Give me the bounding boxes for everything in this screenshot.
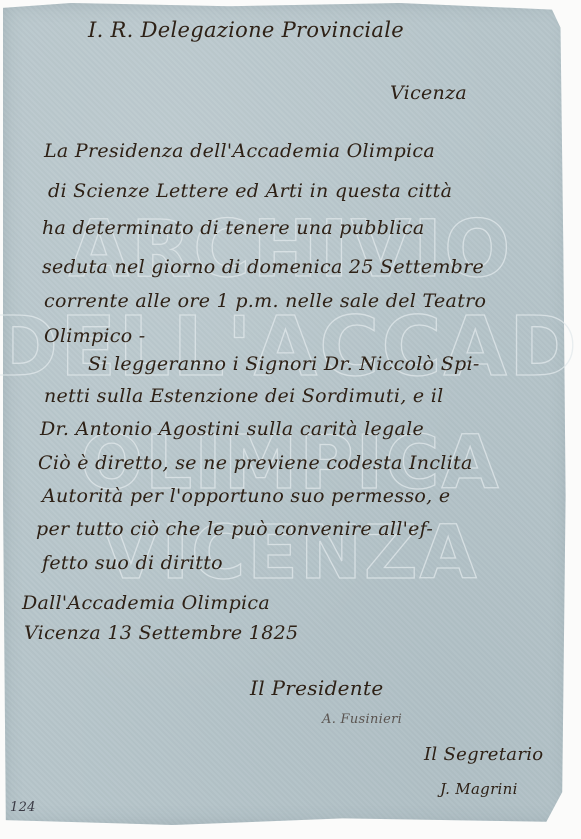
- president-signature-title: Il Presidente: [250, 676, 383, 700]
- body-line: seduta nel giorno di domenica 25 Settemb…: [42, 256, 484, 278]
- closing-date-line: Vicenza 13 Settembre 1825: [24, 622, 298, 644]
- closing-line: Dall'Accademia Olimpica: [22, 592, 270, 614]
- body-line: per tutto ciò che le può convenire all'e…: [36, 518, 433, 540]
- body-line: Dr. Antonio Agostini sulla carità legale: [40, 418, 424, 440]
- body-line: netti sulla Estenzione dei Sordimuti, e …: [44, 385, 444, 407]
- archive-number: 124: [10, 800, 36, 815]
- secretary-signature-title: Il Segretario: [424, 744, 543, 765]
- body-line: Ciò è diretto, se ne previene codesta In…: [38, 452, 473, 474]
- body-line: corrente alle ore 1 p.m. nelle sale del …: [44, 290, 486, 312]
- president-signature-name: A. Fusinieri: [322, 712, 402, 727]
- document-paper: [3, 3, 569, 825]
- body-line: Olimpico -: [44, 325, 146, 347]
- body-line: di Scienze Lettere ed Arti in questa cit…: [48, 180, 452, 202]
- body-line: Si leggeranno i Signori Dr. Niccolò Spi-: [88, 353, 480, 375]
- body-line: Autorità per l'opportuno suo permesso, e: [42, 485, 450, 507]
- secretary-signature-name: J. Magrini: [440, 780, 518, 798]
- body-line: fetto suo di diritto: [42, 552, 223, 574]
- place-heading: Vicenza: [390, 82, 467, 104]
- body-line: ha determinato di tenere una pubblica: [42, 217, 425, 239]
- addressee-heading: I. R. Delegazione Provinciale: [88, 18, 404, 42]
- body-line: La Presidenza dell'Accademia Olimpica: [44, 140, 435, 162]
